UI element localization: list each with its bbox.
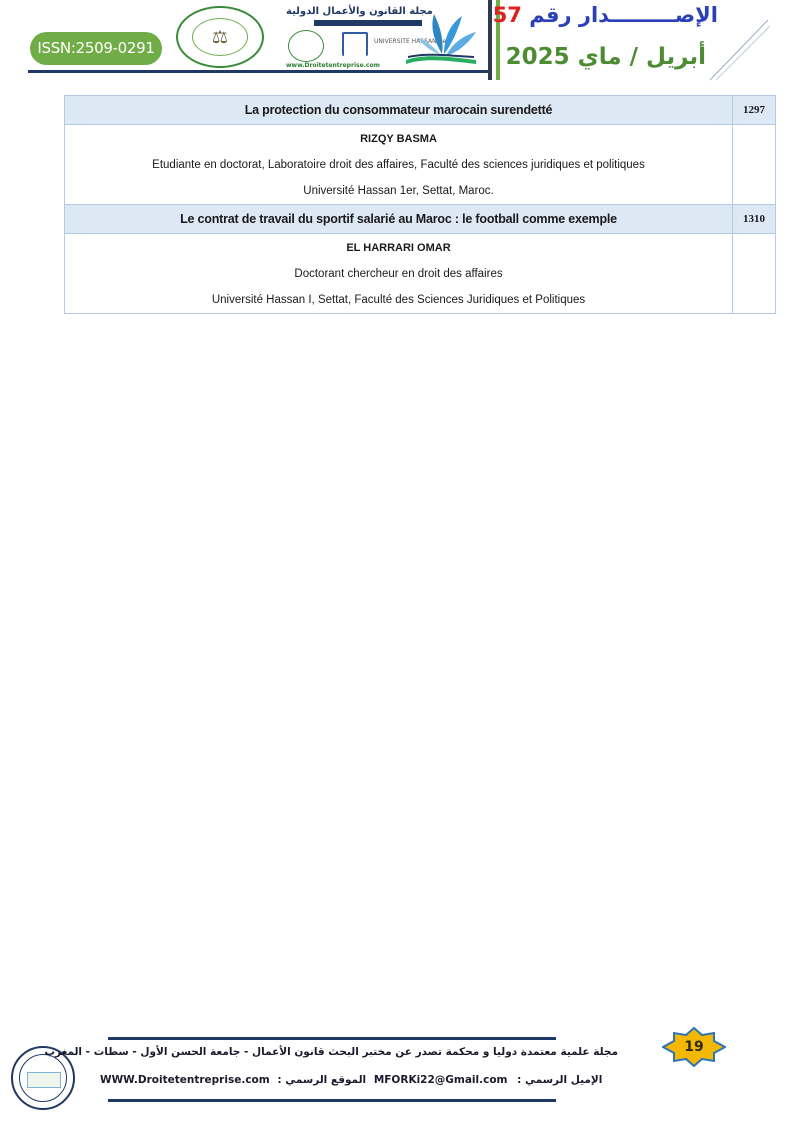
page-number-badge: 19 (662, 1027, 726, 1067)
issue-number-heading: الإصـــــــــدار رقم 57 (516, 3, 718, 35)
article-author-info: EL HARRARI OMAR Doctorant chercheur en d… (65, 234, 733, 314)
author-name: EL HARRARI OMAR (65, 239, 732, 257)
page-number[interactable]: 1297 (733, 96, 776, 125)
table-of-contents: La protection du consommateur marocain s… (64, 95, 776, 314)
journal-description: مجلة علمية معتمدة دوليا و محكمة تصدر عن … (100, 1046, 618, 1058)
issue-date: أبريل / ماي 2025 (512, 44, 706, 78)
author-name: RIZQY BASMA (65, 130, 732, 148)
footer-rule-top (108, 1037, 556, 1040)
website-label: الموقع الرسمي : (277, 1074, 366, 1086)
university-tower-icon (342, 32, 368, 56)
article-author-info: RIZQY BASMA Etudiante en doctorat, Labor… (65, 125, 733, 205)
website-link[interactable]: WWW.Droitetentreprise.com (100, 1074, 270, 1086)
author-affiliation: Université Hassan 1er, Settat, Maroc. (65, 182, 732, 200)
research-lab-seal-logo: ⚖ (176, 6, 264, 68)
scales-of-justice-icon: ⚖ (212, 27, 228, 48)
empty-page-cell (733, 234, 776, 314)
author-affiliation: Doctorant chercheur en droit des affaire… (65, 265, 732, 283)
footer-rule-bottom (108, 1099, 556, 1102)
email-link[interactable]: MFORKi22@Gmail.com (374, 1074, 508, 1086)
email-label: الإميل الرسمي : (517, 1074, 602, 1086)
toc-title-row: Le contrat de travail du sportif salarié… (65, 205, 776, 234)
decorative-diagonal-lines (706, 18, 772, 82)
page-number[interactable]: 1310 (733, 205, 776, 234)
toc-title-row: La protection du consommateur marocain s… (65, 96, 776, 125)
issn-badge: ISSN:2509-0291 (30, 32, 162, 65)
toc-info-row: EL HARRARI OMAR Doctorant chercheur en d… (65, 234, 776, 314)
issue-number: 57 (493, 3, 522, 27)
article-title[interactable]: La protection du consommateur marocain s… (65, 96, 733, 125)
open-book-leaves-icon (404, 10, 478, 66)
author-affiliation: Etudiante en doctorat, Laboratoire droit… (65, 156, 732, 174)
page-number: 19 (662, 1027, 726, 1067)
empty-page-cell (733, 125, 776, 205)
journal-logo: مجلة القانون والأعمال الدولية UNIVERSITE… (284, 6, 484, 70)
journal-website: www.Droitetentreprise.com (286, 62, 380, 69)
header-rule (28, 70, 488, 73)
author-affiliation: Université Hassan I, Settat, Faculté des… (65, 291, 732, 309)
stamp-journal-emblem-icon (27, 1072, 61, 1088)
toc-info-row: RIZQY BASMA Etudiante en doctorat, Labor… (65, 125, 776, 205)
issue-label: الإصـــــــــدار رقم (529, 3, 718, 27)
contact-line: WWW.Droitetentreprise.com الموقع الرسمي … (100, 1074, 592, 1086)
mini-lab-seal-icon (288, 30, 324, 62)
page-header: ISSN:2509-0291 ⚖ مجلة القانون والأعمال ا… (0, 0, 794, 90)
article-title[interactable]: Le contrat de travail du sportif salarié… (65, 205, 733, 234)
